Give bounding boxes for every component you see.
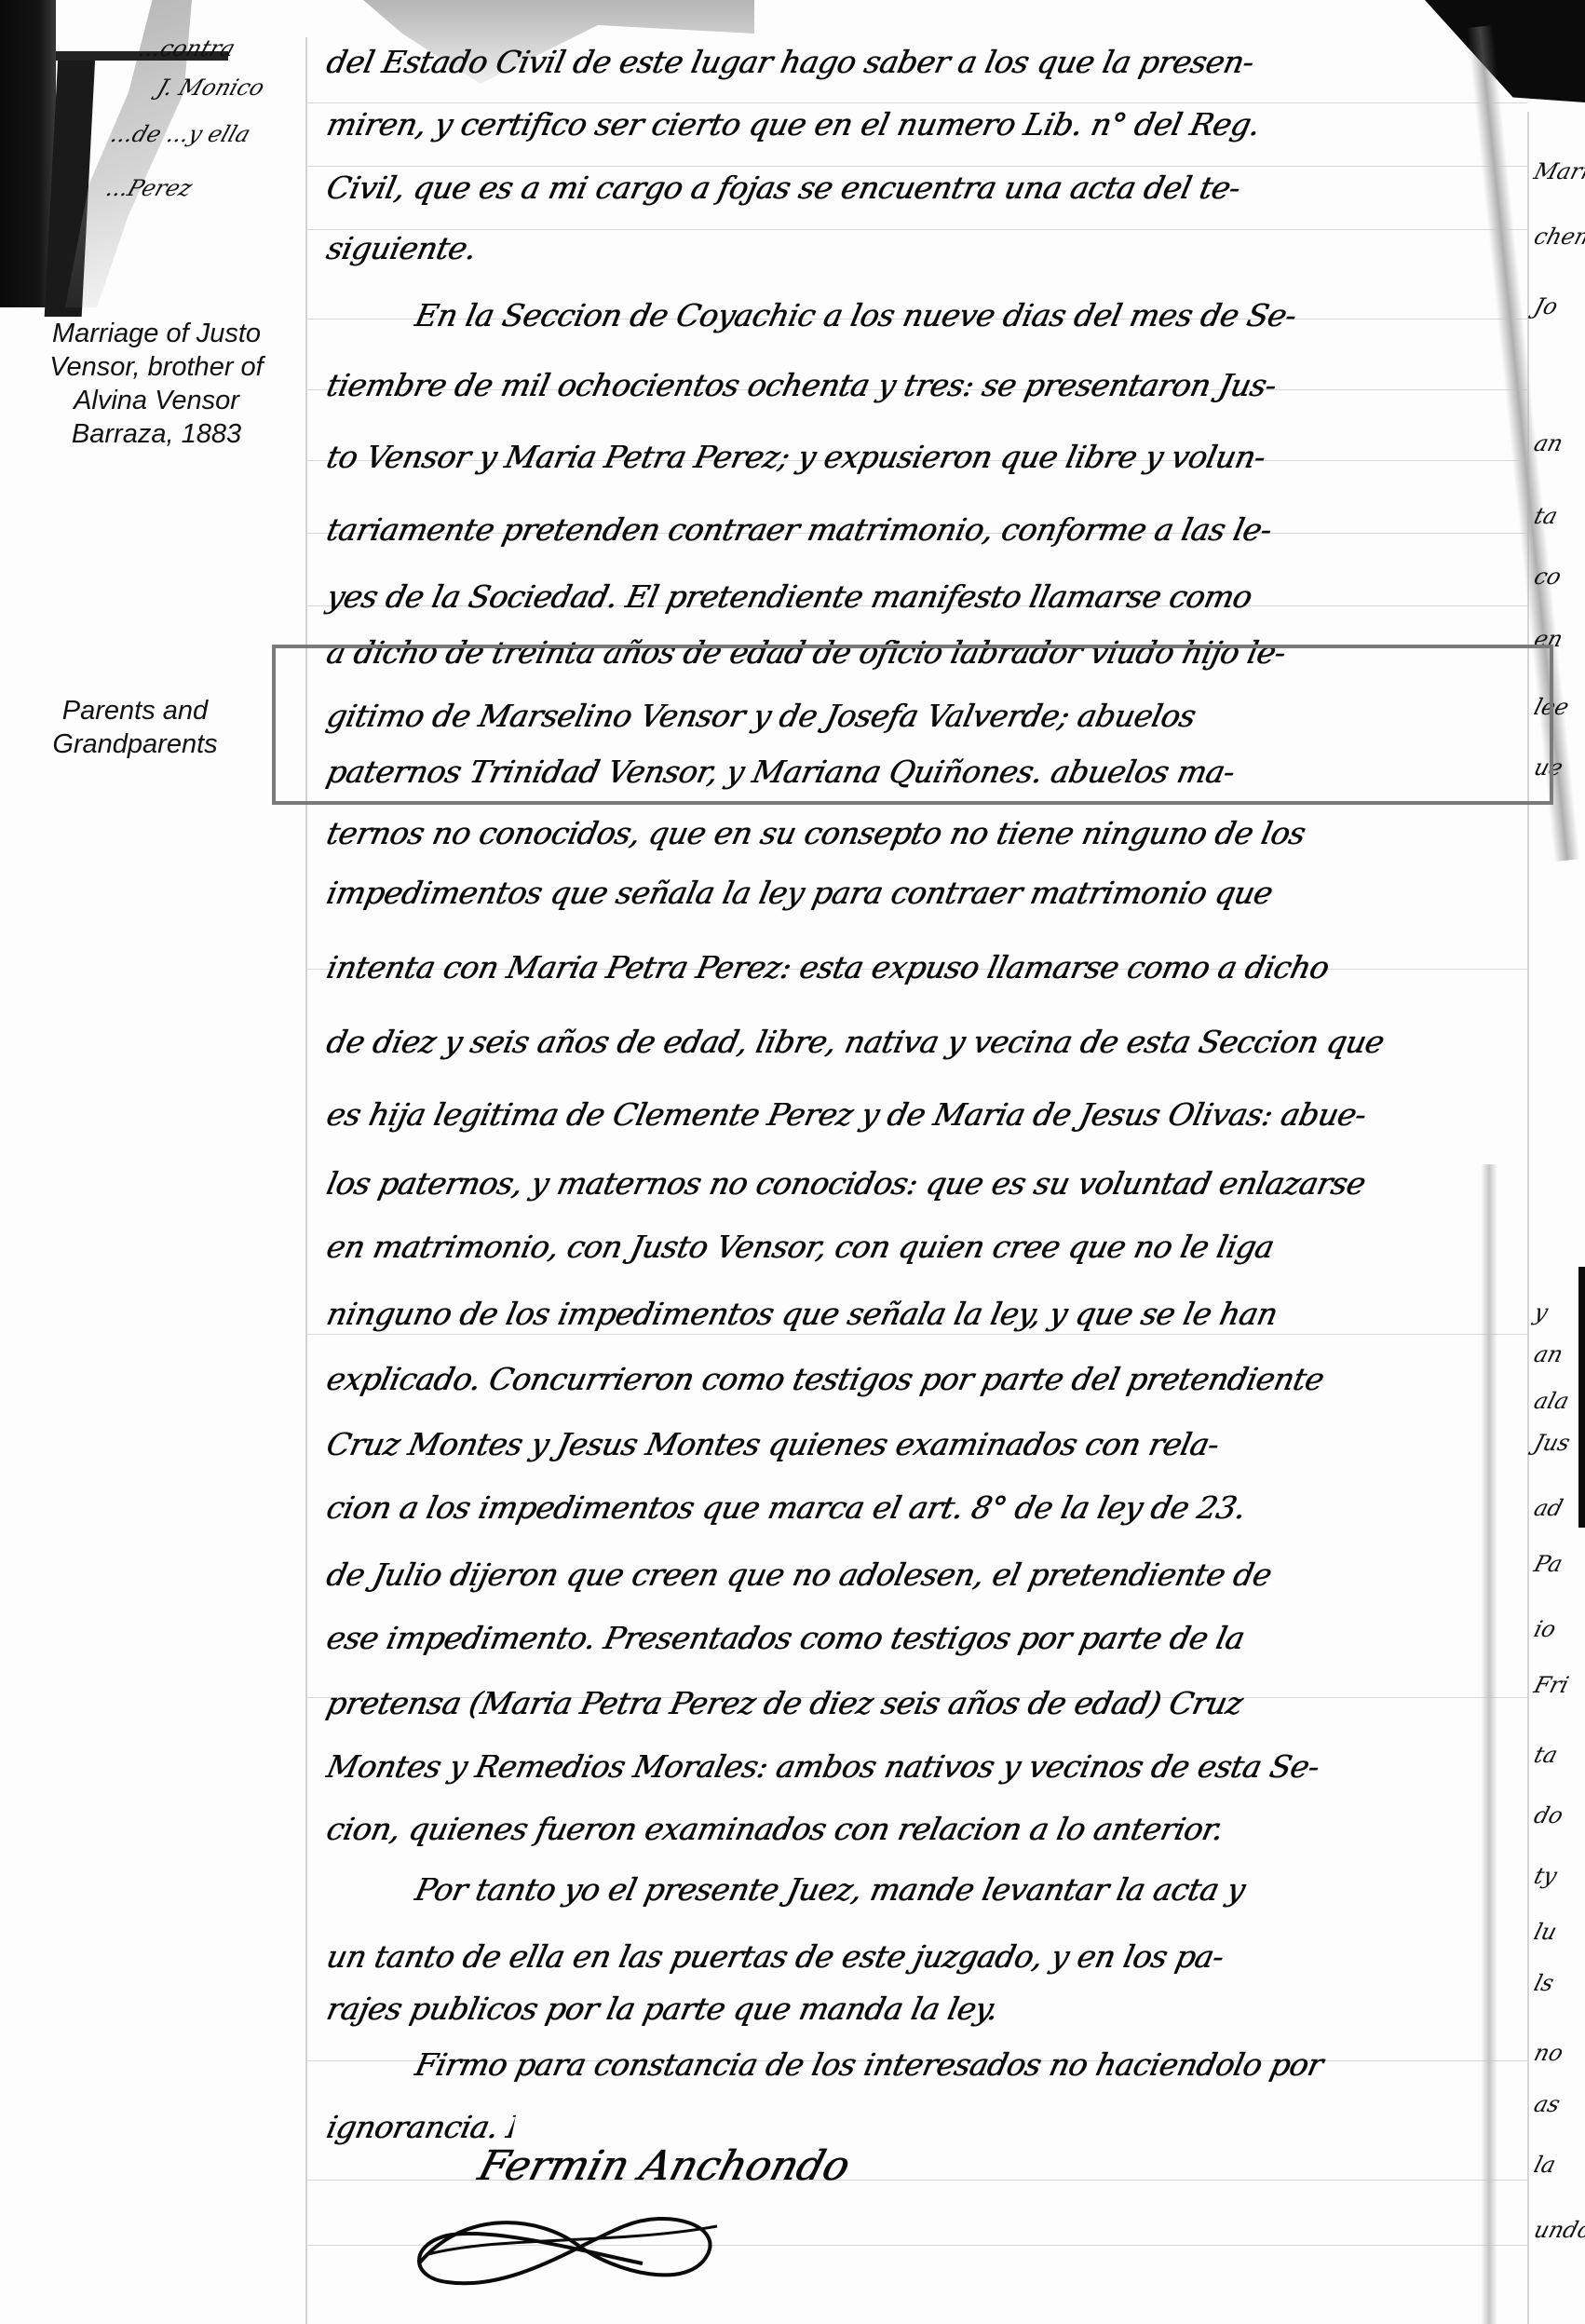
margin-fragment: Jus <box>1531 1430 1573 1456</box>
document-line: cion, quienes fueron examinados con rela… <box>321 1802 1534 1856</box>
signature-flourish-icon <box>410 2189 726 2301</box>
document-line: to Vensor y Maria Petra Perez; y expusie… <box>321 430 1534 484</box>
margin-fragment: ala <box>1531 1388 1572 1414</box>
document-line: Firmo para constancia de los interesados… <box>410 2038 1585 2092</box>
margin-fragment: ad <box>1531 1495 1565 1521</box>
margin-fragment: Marro <box>1531 158 1585 184</box>
margin-fragment: do <box>1531 1802 1565 1828</box>
document-line: de Julio dijeron que creen que no adoles… <box>321 1548 1534 1602</box>
document-line: del Estado Civil de este lugar hago sabe… <box>321 35 1534 89</box>
margin-fragment: la <box>1531 2152 1558 2178</box>
annotation-parents-grandparents: Parents and Grandparents <box>28 694 242 761</box>
document-line: de diez y seis años de edad, libre, nati… <box>321 1015 1534 1069</box>
margin-note-line: J. Monico <box>154 75 267 101</box>
document-page: ...contra J. Monico ...de ...y ella ...P… <box>0 0 1585 2324</box>
margin-fragment: y <box>1531 1299 1551 1325</box>
margin-note-line: ...de ...y ella <box>107 121 253 147</box>
margin-fragment: ls <box>1531 1970 1557 1996</box>
margin-note-line: ...Perez <box>102 175 196 201</box>
document-line: tariamente pretenden contraer matrimonio… <box>321 503 1534 557</box>
document-line: tiembre de mil ochocientos ochenta y tre… <box>321 359 1534 413</box>
document-line: pretensa (Maria Petra Perez de diez seis… <box>321 1677 1534 1731</box>
document-line: Montes y Remedios Morales: ambos nativos… <box>321 1740 1534 1794</box>
document-line: En la Seccion de Coyachic a los nueve di… <box>410 289 1585 343</box>
document-line: impedimentos que señala la ley para cont… <box>321 866 1534 920</box>
document-line: los paternos, y maternos no conocidos: q… <box>321 1157 1534 1211</box>
annotation-line: Barraza, 1883 <box>26 417 287 451</box>
margin-fragment: io <box>1531 1616 1559 1642</box>
document-line: en matrimonio, con Justo Vensor, con qui… <box>321 1220 1534 1274</box>
document-line: Por tanto yo el presente Juez, mande lev… <box>410 1863 1585 1917</box>
margin-note-line: ...contra <box>135 35 238 61</box>
margin-fragment: Pa <box>1531 1551 1565 1577</box>
left-margin-rule <box>305 37 307 2324</box>
annotation-line: Parents and <box>28 694 242 727</box>
scan-shadow-right <box>1578 1267 1585 1528</box>
document-line: intenta con Maria Petra Perez: esta expu… <box>321 941 1534 995</box>
margin-fragment: ta <box>1531 1742 1560 1768</box>
document-line: explicado. Concurrieron como testigos po… <box>321 1352 1534 1407</box>
document-line: yes de la Sociedad. El pretendiente mani… <box>321 570 1534 624</box>
margin-fragment: Fri <box>1531 1672 1571 1698</box>
annotation-marriage-title: Marriage of Justo Vensor, brother of Alv… <box>26 317 287 451</box>
document-line: ternos no conocidos, que en su consepto … <box>321 807 1534 861</box>
document-line: un tanto de ella en las puertas de este … <box>321 1930 1534 1984</box>
margin-fragment: lu <box>1531 1919 1560 1945</box>
margin-fragment: an <box>1531 1341 1565 1367</box>
document-line: rajes publicos por la parte que manda la… <box>321 1982 1534 2036</box>
annotation-line: Marriage of Justo <box>26 317 287 350</box>
document-line: miren, y certifico ser cierto que en el … <box>321 98 1534 152</box>
margin-fragment: as <box>1531 2091 1563 2117</box>
document-line: Civil, que es a mi cargo a fojas se encu… <box>321 161 1534 215</box>
highlight-box-parents-grandparents <box>272 645 1553 805</box>
document-line: Cruz Montes y Jesus Montes quienes exami… <box>321 1418 1534 1472</box>
margin-fragment: chem <box>1531 224 1585 250</box>
document-line: ninguno de los impedimentos que señala l… <box>321 1287 1534 1341</box>
document-line: cion a los impedimentos que marca el art… <box>321 1481 1534 1535</box>
signature: Fermin Anchondo <box>473 2142 855 2190</box>
document-line: siguiente. <box>321 222 1534 276</box>
annotation-line: Vensor, brother of <box>26 350 287 384</box>
margin-fragment: undo <box>1531 2217 1585 2243</box>
margin-fragment: an <box>1531 430 1565 456</box>
annotation-line: Alvina Vensor <box>26 384 287 417</box>
margin-fragment: co <box>1531 564 1564 590</box>
document-line: es hija legitima de Clemente Perez y de … <box>321 1088 1534 1142</box>
annotation-line: Grandparents <box>28 727 242 761</box>
document-line: ese impedimento. Presentados como testig… <box>321 1611 1534 1665</box>
